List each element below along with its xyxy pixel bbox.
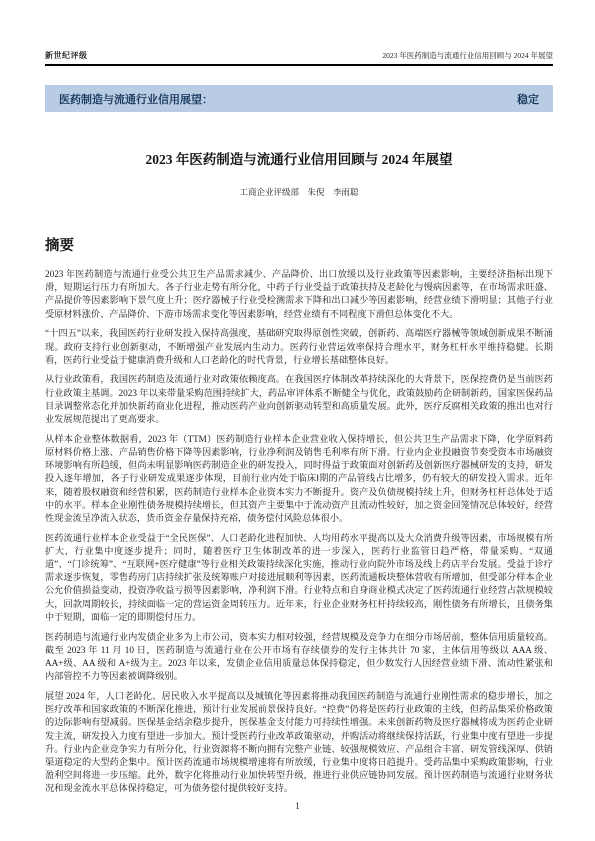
abstract-paragraph-7: 展望 2024 年，人口老龄化、居民收入水平提高以及城镇化等因素将推动我国医药制…	[45, 690, 553, 796]
header-brand: 新世纪评级	[45, 50, 88, 61]
abstract-heading: 摘要	[45, 234, 553, 255]
report-byline: 工商企业评级部 朱倪 李雨聪	[45, 186, 553, 198]
abstract-section: 摘要 2023 年医药制造与流通行业受公共卫生产品需求减少、产品降价、出口放缓以…	[45, 234, 553, 802]
abstract-paragraph-3: 从行业政策看，我国医药制造及流通行业对政策依赖度高。在我国医疗体制改革持续深化的…	[45, 373, 553, 426]
abstract-paragraph-6: 医药制造与流通行业内发债企业多为上市公司，资本实力相对较强，经营规模及竞争力在细…	[45, 631, 553, 684]
abstract-paragraph-1: 2023 年医药制造与流通行业受公共卫生产品需求减少、产品降价、出口放缓以及行业…	[45, 268, 553, 321]
outlook-label: 医药制造与流通行业信用展望：	[59, 91, 213, 107]
outlook-banner: 医药制造与流通行业信用展望： 稳定	[45, 85, 553, 112]
abstract-paragraph-2: “十四五”以来，我国医药行业研发投入保持高强度，基础研究取得原创性突破，创新药、…	[45, 327, 553, 367]
page-number: 1	[0, 801, 595, 811]
abstract-paragraph-4: 从样本企业整体数据看，2023 年（TTM）医药制造行业样本企业营业收入保持增长…	[45, 433, 553, 525]
outlook-value: 稳定	[517, 91, 539, 107]
report-title: 2023 年医药制造与流通行业信用回顾与 2024 年展望	[45, 148, 553, 168]
abstract-paragraph-5: 医药流通行业样本企业受益于“全民医保”、人口老龄化进程加快、人均用药水平提高以及…	[45, 532, 553, 624]
header-doc-title: 2023 年医药制造与流通行业信用回顾与 2024 年展望	[382, 50, 553, 61]
page-header: 新世纪评级 2023 年医药制造与流通行业信用回顾与 2024 年展望	[45, 50, 553, 66]
document-page: 新世纪评级 2023 年医药制造与流通行业信用回顾与 2024 年展望 医药制造…	[0, 0, 595, 841]
